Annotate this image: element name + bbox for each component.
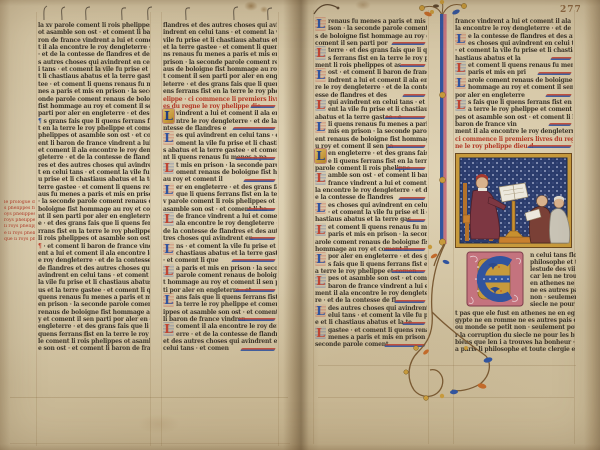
- line-filler: [545, 94, 572, 97]
- text-line: e roy dengleterre · et de la contesse de…: [38, 257, 150, 264]
- text-line: ans fais que li quens ferrans fist en la…: [176, 294, 277, 301]
- text-line: phelippes ot asamble son ost · et coment…: [38, 132, 150, 139]
- text-line: engleterre · et des grans fais que li qu…: [38, 323, 150, 330]
- stain: [138, 414, 180, 434]
- ruling-line: [36, 12, 37, 446]
- line-filler: [250, 105, 276, 108]
- text-line: vile fu prise et li chastiaus abatus et …: [163, 37, 277, 44]
- text-line: prison · la seconde parole coment renaus…: [163, 59, 277, 66]
- text-line: e son ost · et coment li baron de france…: [38, 345, 150, 352]
- text-line: s autres choses qui avindrent en celui t…: [38, 59, 150, 66]
- illuminated-initial: L: [163, 242, 174, 256]
- text-line: u prise et li chastiaus abatus et la ter…: [38, 176, 150, 183]
- text-line: de france vindrent a lui et coment il al…: [176, 213, 277, 220]
- illuminated-initial: L: [163, 109, 174, 123]
- text-line: rrans fist en la terre le roy phelippe e…: [38, 228, 150, 235]
- line-filler: [550, 57, 572, 60]
- text-line: nt il sen parti por aler en engleterre ·…: [38, 213, 150, 220]
- text-line: t mis en prison · la seconde parole come…: [176, 162, 277, 169]
- text-line: chastiaus abatus et la terre gastee · et…: [176, 250, 277, 257]
- text-line: en athenes ne en egypte ne en romme ne e…: [530, 280, 576, 287]
- text-line: non · seulement pour la corruption du si…: [530, 294, 576, 301]
- text-line: ala encontre le roy dengleterre · et de …: [176, 220, 277, 227]
- text-line: aus de boloigne fist hommage au roy et c…: [163, 66, 277, 73]
- folio-number: 277: [560, 5, 582, 15]
- ruling-line: [278, 12, 279, 446]
- text-line: et la terre gastee · et coment li quens …: [163, 44, 277, 51]
- illuminated-initial: L: [315, 46, 326, 60]
- illuminated-initial: L: [315, 274, 326, 288]
- ruling-line: [161, 12, 162, 446]
- illuminated-initial: L: [163, 183, 174, 197]
- illuminated-initial: L: [163, 264, 174, 278]
- text-line: y et coment il sen parti por aler en eng…: [38, 316, 150, 323]
- text-line: renaus de boloigne fist hommage au roy e…: [38, 309, 150, 316]
- text-line: e · et des grans fais que li quens ferra…: [38, 220, 150, 227]
- rubric-line: elippe · ci commence li premiers livres …: [163, 96, 277, 103]
- miniature-teaching-scene: [455, 153, 572, 248]
- line-filler: [243, 179, 276, 182]
- historiated-initial-e: [466, 251, 524, 307]
- illuminated-initial: L: [315, 201, 326, 215]
- ruling-line: [313, 10, 314, 444]
- text-line: t li chastiaus abatus et la terre gastee…: [38, 73, 150, 80]
- text-line: de la contesse de flandres et des autres…: [163, 228, 277, 235]
- text-line: res et des autres choses qui avindrent e…: [38, 162, 150, 169]
- text-line: t il ala encontre le roy dengleterre · e…: [38, 44, 150, 51]
- cadel-ascenders: [36, 3, 286, 21]
- illuminated-initial: L: [315, 120, 326, 134]
- text-line: t coment il sen parti por aler en englet…: [163, 73, 277, 80]
- line-filler: [240, 348, 276, 351]
- line-filler: [527, 145, 572, 148]
- text-line: et coment il ala encontre le roy denglet…: [38, 147, 150, 154]
- illuminated-initial: L: [163, 161, 174, 175]
- line-filler: [231, 259, 276, 262]
- text-line: ot asamble son ost · et coment li baron …: [38, 29, 150, 36]
- text-line: siecle ne pour les biens que len i a tro…: [530, 301, 576, 308]
- text-line: ¶ · et coment li baron de france vindren…: [38, 243, 150, 250]
- line-filler: [537, 72, 572, 75]
- text-line: le coment li rois phelippes ot asamble s…: [38, 338, 150, 345]
- text-line: oment renaus de boloigne fist hommage au…: [176, 169, 277, 176]
- illuminated-initial: L: [163, 293, 174, 307]
- illuminated-initial: L: [163, 212, 174, 226]
- text-line: · et de la contesse de flandres et des a…: [38, 51, 150, 58]
- text-line: erre · et de la contesse de flandres et …: [176, 331, 277, 338]
- text-line: quens ferrans fist en la terre le roy ph…: [38, 331, 150, 338]
- line-filler: [249, 237, 276, 240]
- text-line: es qui avindrent en celui tans · et come…: [176, 132, 277, 139]
- text-line: ent li baron de france vindrent a lui et…: [38, 140, 150, 147]
- text-line: parole coment renaus de boloigne fist ho…: [176, 272, 277, 279]
- text-line: boloigne fist hommage au roy et coment i…: [38, 206, 150, 213]
- illuminated-initial: L: [315, 98, 326, 112]
- text-line: v parole coment li rois phelippes ot asa…: [163, 198, 277, 205]
- text-line: lestude des vii ars et de divinite · car…: [530, 266, 576, 273]
- text-line: ntre le roy dengleterre · et de la conte…: [176, 118, 277, 125]
- line-filler: [232, 127, 276, 130]
- rubric-line: que li roys phelippes fist f: [4, 237, 35, 243]
- text-line: leterre · et des grans fais que li quens…: [163, 81, 277, 88]
- text-line: ron de france vindrent a lui et coment i…: [38, 37, 150, 44]
- text-line: ent a lui et coment il ala encontre le r…: [38, 250, 150, 257]
- text-line: nes a paris et mis en prison · la second…: [38, 88, 150, 95]
- text-line: flandres et des autres choses qui avindr…: [163, 22, 277, 29]
- line-filler: [237, 318, 276, 321]
- text-line: en prison · la seconde parole coment ren…: [38, 301, 150, 308]
- text-line: t en celui tans · et coment la vile fu p…: [38, 169, 150, 176]
- line-filler: [234, 289, 276, 292]
- illuminated-initial: L: [163, 322, 174, 336]
- text-line: gleterre · et de la contesse de flandres…: [38, 154, 150, 161]
- text-line: aus fu menes a paris et mis en prison · …: [38, 191, 150, 198]
- text-line: oment la vile fu prise et li chastiaus a…: [176, 140, 277, 147]
- text-line: onde parole coment renaus de boloigne fi…: [38, 96, 150, 103]
- stain: [355, 0, 371, 10]
- text-line: t hommage au roy et coment il sen parti …: [163, 279, 277, 286]
- text-line: s abatus et la terre gastee · et coment …: [163, 147, 277, 154]
- text-line: i tans · et coment la vile fu prise et l…: [38, 66, 150, 73]
- ruling-line: [10, 397, 288, 398]
- line-filler: [235, 157, 276, 160]
- text-line: ns renaus fu menes a paris et mis en pri…: [163, 51, 277, 58]
- text-line: ¶ s grans fais que li quens ferrans fist…: [38, 118, 150, 125]
- text-line: avindrent en celui tans · et coment la v…: [38, 272, 150, 279]
- text-line: de flandres et des autres choses qui avi…: [38, 265, 150, 272]
- text-line: et des autres choses qui avindrent en ce…: [163, 338, 277, 345]
- line-filler: [548, 123, 572, 126]
- text-line: us et la terre gastee · et coment li que…: [38, 287, 150, 294]
- text-line: la vile fu prise et li chastiaus abatus …: [38, 279, 150, 286]
- text-line: que li quens ferrans fist en la terre le…: [176, 191, 277, 198]
- text-line: quens renaus fu menes a paris et mis en …: [38, 294, 150, 301]
- text-line: indrent en celui tans · et coment la vil…: [163, 29, 277, 36]
- text-line: ns · et coment la vile fu prise et li ch…: [176, 243, 277, 250]
- right-page-edge-shade: [584, 0, 600, 450]
- manuscript-spread: 277 la xv parole coment li rois phelippe…: [0, 0, 600, 450]
- text-line: ens ferrans fist en la terre le roy phel…: [163, 88, 277, 95]
- text-line: terre gastee · et coment li quens renaus…: [38, 184, 150, 191]
- text-line: parti por aler en engleterre · et des gr…: [38, 110, 150, 117]
- text-line: tee · et coment li quens renaus fu menes…: [38, 81, 150, 88]
- illuminated-initial: L: [163, 131, 174, 145]
- text-line: la terre le roy phelippe et coment la ba…: [176, 301, 277, 308]
- illuminated-initial: L: [315, 304, 326, 318]
- text-line: la xv parole coment li rois phelippes ot…: [38, 22, 150, 29]
- ruling-line: [574, 10, 575, 444]
- illuminated-initial: L: [315, 252, 326, 266]
- illuminated-initial: L: [315, 171, 326, 185]
- text-line: philosophe et toute clergie et estoit le…: [530, 259, 576, 266]
- illuminated-initial: L: [315, 17, 326, 31]
- text-line: car len ne trouvoit pas que ele fust en …: [530, 273, 576, 280]
- ink-flourish: [312, 0, 342, 16]
- ruling-line: [150, 12, 151, 446]
- text-line: · la seconde parole coment renaus de bol…: [38, 198, 150, 205]
- illuminated-initial: L: [315, 68, 326, 82]
- text-line: vindrent a lui et coment il ala encontre…: [176, 110, 277, 117]
- text-line: a paris et mis en prison · la seconde pa…: [176, 265, 277, 272]
- line-filler: [246, 208, 276, 211]
- text-line: t en la terre le roy phelippe et coment …: [38, 125, 150, 132]
- text-line: n celui tans florissoient a paris li phi…: [530, 252, 576, 259]
- text-line: er en engleterre · et des grans fais que…: [176, 184, 277, 191]
- illuminated-initial: L: [315, 149, 326, 163]
- text-line: li rois phelippes ot asamble son ost · e…: [38, 235, 150, 242]
- illuminated-initial: L: [315, 223, 326, 237]
- text-line: fist hommage au roy et coment il sen par…: [38, 103, 150, 110]
- text-line: ne es autres pais dou monde se petit non…: [530, 287, 576, 294]
- text-line: ippes ot asamble son ost · et coment li …: [163, 309, 277, 316]
- illuminated-initial: L: [315, 326, 326, 340]
- ruling-line: [10, 443, 290, 444]
- text-line: coment il ala encontre le roy dengleterr…: [176, 323, 277, 330]
